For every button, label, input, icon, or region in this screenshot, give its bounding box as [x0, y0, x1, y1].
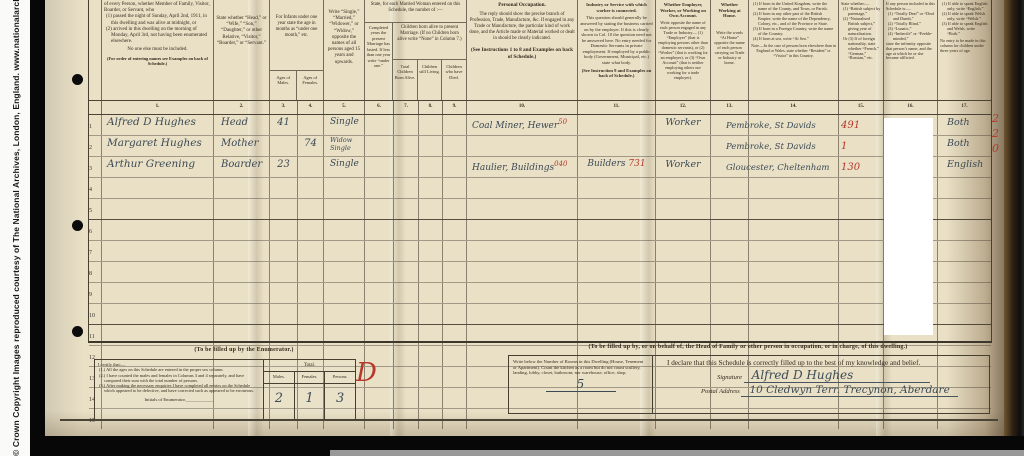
clerk-code-red: 130	[839, 161, 860, 175]
table-cell	[467, 325, 578, 345]
occupation-entry: Coal Miner, Hewer	[467, 119, 558, 134]
table-cell	[443, 283, 467, 303]
table-cell	[711, 220, 749, 240]
table-cell	[102, 199, 214, 219]
address-label: Postal Address	[701, 388, 740, 395]
row-number: 6	[89, 229, 92, 235]
table-cell	[394, 220, 419, 240]
col17-header-language: (1) If able to speak English only, write…	[938, 0, 991, 100]
table-cell: 1	[89, 115, 102, 135]
table-cell	[443, 325, 467, 345]
table-cell	[102, 325, 214, 345]
table-cell	[419, 367, 443, 387]
table-cell	[419, 115, 443, 135]
form-bottom-rule	[60, 419, 998, 421]
table-cell	[394, 136, 419, 156]
rooms-instruction: Write below the Number of Rooms in this …	[513, 359, 643, 375]
females-label: Females.	[295, 372, 326, 383]
industry-entry: Builders 731	[578, 157, 655, 172]
name-entry: Margaret Hughes	[102, 136, 213, 151]
table-cell	[839, 262, 884, 282]
punch-hole	[72, 220, 83, 231]
table-cell: 4	[89, 178, 102, 198]
table-cell	[365, 220, 394, 240]
table-cell	[365, 262, 394, 282]
table-cell	[656, 283, 711, 303]
table-cell	[419, 220, 443, 240]
table-cell	[298, 262, 324, 282]
table-cell	[749, 199, 839, 219]
column-number: 14.	[749, 101, 839, 114]
table-cell	[656, 262, 711, 282]
table-cell	[365, 283, 394, 303]
table-cell	[749, 283, 839, 303]
column-number: 8.	[419, 101, 443, 114]
table-cell	[938, 283, 991, 303]
col16-header-infirmity: If any person included in this Schedule …	[884, 0, 938, 100]
table-cell	[394, 115, 419, 135]
table-cell	[298, 157, 324, 177]
address-line: Postal Address 10 Cledwyn Terr. Trecynon…	[667, 384, 981, 397]
table-cell	[443, 262, 467, 282]
table-cell	[270, 241, 298, 261]
table-cell: Head	[214, 115, 270, 135]
table-cell: 3	[89, 157, 102, 177]
copyright-watermark: © Crown Copyright Images reproduced cour…	[3, 0, 29, 456]
punch-hole	[72, 74, 83, 85]
table-cell	[711, 199, 749, 219]
initials-label: Initials of Enumerator.____________	[98, 397, 260, 403]
declaration-text: I declare that this Schedule is correctl…	[667, 359, 981, 367]
table-row: 9	[89, 283, 991, 304]
table-cell: Alfred D Hughes	[102, 115, 214, 135]
table-cell	[749, 325, 839, 345]
age-female-entry: 74	[298, 136, 323, 151]
table-cell: 491	[839, 115, 884, 135]
table-cell	[298, 220, 324, 240]
col13-header-at-home: Whether Working at Home. Write the words…	[711, 0, 749, 100]
table-cell	[419, 346, 443, 366]
industry-title: Industry or Service with which worker is…	[580, 2, 653, 13]
table-cell: 11	[89, 325, 102, 345]
table-cell	[102, 304, 214, 324]
column-number: 9.	[443, 101, 467, 114]
table-cell	[711, 262, 749, 282]
industry-footnote: (See Instruction 9 and Examples on back …	[580, 68, 653, 79]
females-total-value: 1	[295, 384, 326, 420]
employment-body: Write opposite the name of each person e…	[658, 21, 708, 80]
table-cell	[938, 199, 991, 219]
table-cell	[324, 283, 365, 303]
col14-header-birthplace: (1) If born in the United Kingdom, write…	[749, 0, 839, 100]
table-cell	[214, 199, 270, 219]
column-number: 1.	[102, 101, 214, 114]
language-entry: Both	[938, 136, 991, 151]
col6-9-header-marriage: State, for each Married Woman entered on…	[365, 0, 467, 100]
table-cell	[214, 220, 270, 240]
table-cell	[443, 304, 467, 324]
table-cell	[443, 199, 467, 219]
table-cell	[394, 304, 419, 324]
males-total-value: 2	[264, 384, 295, 420]
table-cell	[365, 157, 394, 177]
table-cell	[578, 283, 656, 303]
table-cell: 8	[89, 262, 102, 282]
column-number-row: 1.2.3.4.5.6.7.8.9.10.11.12.13.14.15.16.1…	[89, 101, 991, 115]
column-number: 7.	[394, 101, 419, 114]
table-cell	[298, 199, 324, 219]
table-cell: 5	[89, 199, 102, 219]
margin-tally-mark: 2	[992, 112, 999, 125]
table-cell	[394, 199, 419, 219]
table-cell	[394, 367, 419, 387]
table-cell	[578, 262, 656, 282]
table-cell	[214, 304, 270, 324]
table-cell	[749, 178, 839, 198]
table-cell	[839, 241, 884, 261]
head-declaration-box: Write below the Number of Rooms in this …	[508, 355, 990, 414]
table-cell	[394, 346, 419, 366]
table-cell	[394, 157, 419, 177]
table-cell	[214, 283, 270, 303]
table-cell	[365, 304, 394, 324]
table-cell: 7	[89, 241, 102, 261]
totals-table: Total. Males. Females. Persons. 2 1 3	[263, 360, 355, 420]
table-cell	[839, 304, 884, 324]
signature-line: Signature Alfred D Hughes	[667, 369, 981, 383]
children-born-note: Children born alive to present Marriage.…	[393, 23, 466, 59]
table-cell	[298, 178, 324, 198]
age-male-entry: 23	[270, 157, 297, 172]
col1-note: No one else must be included.	[104, 47, 211, 53]
table-cell	[419, 304, 443, 324]
certify-item: (3.) After making the necessary enquirie…	[98, 383, 260, 394]
column-number: 2.	[214, 101, 270, 114]
birthplace-entry: Pembroke, St Davids	[723, 119, 816, 133]
table-cell	[394, 325, 419, 345]
table-cell	[467, 283, 578, 303]
table-cell	[578, 220, 656, 240]
table-cell	[365, 325, 394, 345]
table-cell	[324, 178, 365, 198]
table-cell: WidowSingle	[324, 136, 365, 156]
column-number: 10.	[467, 101, 578, 114]
col11-header-industry: Industry or Service with which worker is…	[578, 0, 656, 100]
table-cell	[938, 241, 991, 261]
column-number: 12.	[656, 101, 711, 114]
table-row: 1Alfred D HughesHead41SingleCoal Miner, …	[89, 115, 991, 136]
table-cell	[711, 178, 749, 198]
table-cell	[578, 136, 656, 156]
row-number: 5	[89, 208, 92, 214]
table-cell	[839, 199, 884, 219]
marital-entry: Single	[324, 115, 364, 130]
col7-header-children-total: Total Children Born Alive.	[393, 60, 418, 100]
males-label: Males.	[264, 372, 295, 383]
table-cell	[419, 388, 443, 408]
table-cell	[711, 283, 749, 303]
table-cell	[467, 241, 578, 261]
table-cell	[443, 241, 467, 261]
table-cell	[214, 262, 270, 282]
table-cell	[419, 241, 443, 261]
table-cell: Single	[324, 115, 365, 135]
col2-header-relationship: State whether “Head,” or “Wife,” “Son,” …	[214, 0, 270, 100]
table-cell	[394, 388, 419, 408]
col1-item1: (1) passed the night of Sunday, April 2n…	[104, 14, 211, 26]
at-home-body: Write the words “At Home” opposite the n…	[713, 31, 746, 66]
ages-males-header: Ages of Males.	[270, 71, 297, 100]
language-entry: English	[938, 157, 991, 172]
table-cell: 130	[839, 157, 884, 177]
row-number-header	[89, 0, 102, 100]
table-cell	[839, 220, 884, 240]
table-cell	[443, 346, 467, 366]
table-cell	[365, 199, 394, 219]
table-cell	[270, 136, 298, 156]
table-cell	[578, 325, 656, 345]
table-cell	[938, 262, 991, 282]
table-cell: 74	[298, 136, 324, 156]
table-cell	[578, 304, 656, 324]
table-cell: Both	[938, 136, 991, 156]
col1-intro: of every Person, whether Member of Famil…	[104, 2, 211, 14]
totals-group-label: Total.	[264, 360, 355, 372]
table-cell: 23	[270, 157, 298, 177]
table-cell	[298, 241, 324, 261]
scan-background-strip	[330, 450, 1024, 456]
col12-header-employment: Whether Employer, Worker, or Working on …	[656, 0, 711, 100]
table-cell: 41	[270, 115, 298, 135]
table-cell	[102, 241, 214, 261]
table-cell	[394, 241, 419, 261]
table-cell	[839, 325, 884, 345]
table-cell	[102, 220, 214, 240]
industry-body: This question should generally be answer…	[580, 15, 653, 65]
persons-label: Persons.	[325, 372, 355, 383]
column-number: 11.	[578, 101, 656, 114]
industry-text: Builders	[587, 159, 625, 169]
table-cell: Arthur Greening	[102, 157, 214, 177]
occupation-code-red: 040	[554, 160, 567, 168]
employment-title: Whether Employer, Worker, or Working on …	[658, 2, 708, 19]
table-row: 4	[89, 178, 991, 199]
marital-entry: Single	[324, 157, 364, 172]
table-cell: Mother	[214, 136, 270, 156]
table-cell	[443, 157, 467, 177]
table-cell	[938, 220, 991, 240]
table-cell	[578, 199, 656, 219]
table-cell	[324, 241, 365, 261]
married-woman-note: State, for each Married Woman entered on…	[365, 0, 466, 22]
row-number: 9	[89, 292, 92, 298]
table-cell	[443, 388, 467, 408]
birthplace-item: (4) If born at sea, write “At Sea.”	[751, 37, 836, 42]
table-cell: 1	[839, 136, 884, 156]
table-cell	[324, 262, 365, 282]
language-entry: Both	[938, 115, 991, 130]
relationship-entry: Mother	[214, 136, 269, 151]
table-cell: 9	[89, 283, 102, 303]
row-number: 2	[89, 145, 92, 151]
table-cell	[365, 241, 394, 261]
table-cell	[578, 115, 656, 135]
occupation-body: The reply should show the precise branch…	[469, 12, 575, 42]
col10-header-occupation: Personal Occupation. The reply should sh…	[467, 0, 578, 100]
table-cell	[270, 199, 298, 219]
col3-4-header-ages: For Infants under one year state the age…	[270, 0, 324, 100]
table-cell	[938, 304, 991, 324]
row-number: 4	[89, 187, 92, 193]
table-cell	[419, 136, 443, 156]
table-cell: Single	[324, 157, 365, 177]
industry-code-red: 731	[626, 159, 646, 169]
certification-text: I certify that:— (1.) All the ages on th…	[95, 360, 263, 420]
birthplace-entry: Gloucester, Cheltenham	[723, 161, 829, 175]
table-cell	[102, 283, 214, 303]
table-cell	[102, 178, 214, 198]
col8-header-children-living: Children still Living.	[418, 60, 442, 100]
table-cell	[656, 241, 711, 261]
table-cell: 6	[89, 220, 102, 240]
enumerator-certification-box: I certify that:— (1.) All the ages on th…	[94, 359, 356, 421]
table-cell	[443, 115, 467, 135]
table-cell	[656, 199, 711, 219]
table-cell	[270, 220, 298, 240]
table-cell: 10	[89, 304, 102, 324]
table-cell: Pembroke, St Davids	[749, 136, 839, 156]
col6-header-years-married: Completed years the present Marriage has…	[365, 23, 393, 100]
col1-header-name: of every Person, whether Member of Famil…	[102, 0, 214, 100]
table-cell	[394, 178, 419, 198]
signature-label: Signature	[717, 374, 742, 381]
column-number: 5.	[324, 101, 365, 114]
table-cell: Worker	[656, 115, 711, 135]
rooms-cell: Write below the Number of Rooms in this …	[509, 356, 653, 413]
employment-entry: Worker	[656, 115, 710, 130]
column-number: 13.	[711, 101, 749, 114]
name-entry: Alfred D Hughes	[102, 115, 213, 130]
table-cell	[656, 136, 711, 156]
table-row: 5	[89, 199, 991, 220]
table-cell: Coal Miner, Hewer50	[467, 115, 578, 135]
table-cell: Builders 731	[578, 157, 656, 177]
census-table: of every Person, whether Member of Famil…	[88, 0, 992, 343]
table-cell	[711, 241, 749, 261]
table-cell	[365, 388, 394, 408]
table-row: 2Margaret HughesMother74WidowSinglePembr…	[89, 136, 991, 157]
table-cell: Worker	[656, 157, 711, 177]
col5-header-marital: Write “Single,” “Married,” “Widower,” or…	[324, 0, 365, 100]
column-number: 4.	[298, 101, 324, 114]
table-cell	[324, 220, 365, 240]
table-cell	[394, 283, 419, 303]
col15-header-nationality: State whether:— (1) “British subject by …	[839, 0, 884, 100]
table-cell	[656, 304, 711, 324]
paper-curled-edge	[1004, 0, 1024, 437]
marital-entry: Widow	[324, 137, 364, 144]
table-cell	[270, 283, 298, 303]
table-cell	[656, 325, 711, 345]
birthplace-note: Note.—In the case of persons born elsewh…	[751, 44, 836, 59]
row-number: 8	[89, 271, 92, 277]
relationship-entry: Boarder	[214, 157, 269, 172]
nationality-item: (2) “Naturalised British subject,” givin…	[841, 17, 881, 37]
table-cell	[711, 304, 749, 324]
table-cell	[419, 283, 443, 303]
table-cell	[938, 325, 991, 345]
table-cell	[214, 241, 270, 261]
table-cell	[324, 199, 365, 219]
table-cell: English	[938, 157, 991, 177]
table-cell	[365, 115, 394, 135]
infants-note: For Infants under one year state the age…	[270, 0, 323, 70]
address-value: 10 Cledwyn Terr. Trecynon, Aberdare	[741, 384, 957, 397]
certify-item: (2.) I have counted the males and female…	[98, 373, 260, 384]
column-number: 6.	[365, 101, 394, 114]
table-cell	[298, 304, 324, 324]
table-cell	[467, 220, 578, 240]
signature-value: Alfred D Hughes	[744, 369, 930, 383]
table-cell: Both	[938, 115, 991, 135]
col1-item2: (2) arrived in this dwelling on the morn…	[104, 27, 211, 46]
column-number: 16.	[884, 101, 938, 114]
redaction-white-box	[884, 118, 933, 335]
table-cell	[419, 262, 443, 282]
col1-footnote: (For order of entering names see Example…	[104, 56, 211, 67]
table-row: 8	[89, 262, 991, 283]
table-cell	[298, 325, 324, 345]
table-cell	[711, 325, 749, 345]
table-cell	[270, 325, 298, 345]
row-number: 11	[89, 334, 95, 340]
occupation-entry: Haulier, Buildings	[467, 161, 554, 176]
table-cell	[749, 241, 839, 261]
margin-tally-mark: 0	[992, 142, 999, 155]
table-cell	[324, 304, 365, 324]
table-cell	[467, 178, 578, 198]
persons-total-value: 3	[325, 384, 355, 420]
clerk-code-red: 1	[839, 140, 847, 154]
table-cell	[394, 262, 419, 282]
table-cell	[443, 178, 467, 198]
table-cell	[467, 262, 578, 282]
clerk-code-red: 491	[839, 119, 860, 133]
table-cell	[656, 178, 711, 198]
table-body: 1Alfred D HughesHead41SingleCoal Miner, …	[89, 115, 991, 341]
table-header-row: of every Person, whether Member of Famil…	[89, 0, 991, 101]
table-cell	[443, 136, 467, 156]
column-number: 3.	[270, 101, 298, 114]
census-scan-page: © Crown Copyright Images reproduced cour…	[0, 0, 1024, 456]
table-cell	[749, 262, 839, 282]
infirmity-note: state the infirmity opposite that person…	[886, 42, 935, 62]
column-number: 15.	[839, 101, 884, 114]
margin-tally-mark: 2	[992, 127, 999, 140]
table-cell: Margaret Hughes	[102, 136, 214, 156]
column-number: 17.	[938, 101, 991, 114]
table-cell: Haulier, Buildings040	[467, 157, 578, 177]
table-cell	[419, 157, 443, 177]
nationality-item: Or (3) If of foreign nationality, state …	[841, 37, 881, 62]
language-item: (3) If able to speak English and Welsh, …	[940, 22, 989, 37]
table-cell	[298, 115, 324, 135]
ages-females-header: Ages of Females.	[297, 71, 323, 100]
head-section-title: (To be filled up by, or on behalf of, th…	[508, 344, 988, 350]
employment-entry: Worker	[656, 157, 710, 172]
birthplace-item: (2) If born in any other part of the Bri…	[751, 12, 836, 27]
table-cell	[324, 325, 365, 345]
